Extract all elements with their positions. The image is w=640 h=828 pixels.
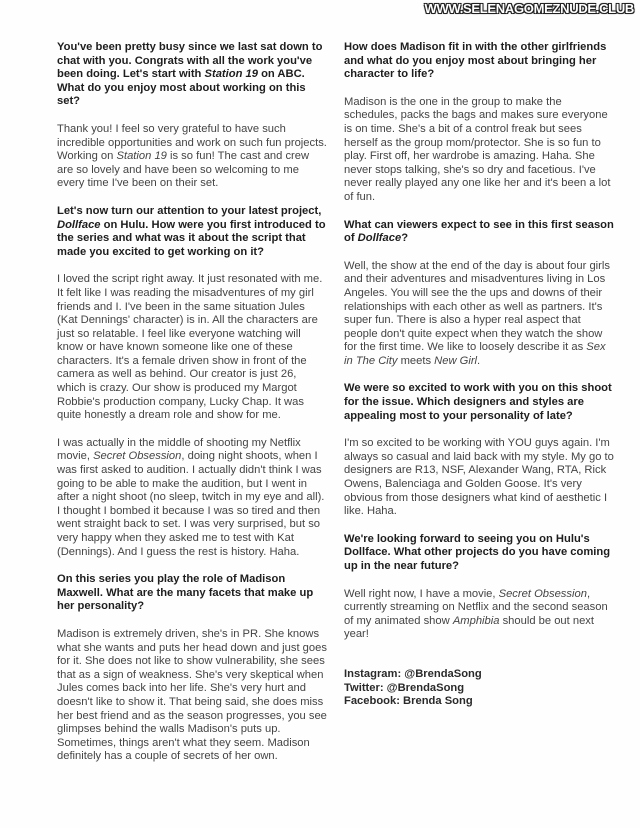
question-text: ?	[401, 232, 408, 244]
answer-script: I loved the script right away. It just r…	[57, 273, 327, 423]
instagram-handle: Instagram: @BrendaSong	[344, 668, 614, 682]
show-title: Station 19	[205, 68, 258, 80]
question-text: Let's now turn our attention to your lat…	[57, 205, 321, 217]
answer-audition: I was actually in the middle of shooting…	[57, 437, 327, 559]
answer-text: .	[477, 355, 480, 367]
right-column: How does Madison fit in with the other g…	[344, 41, 614, 709]
answer-first-season: Well, the show at the end of the day is …	[344, 260, 614, 369]
question-station-19: You've been pretty busy since we last sa…	[57, 41, 327, 109]
question-designers: We were so excited to work with you on t…	[344, 382, 614, 423]
answer-upcoming-projects: Well right now, I have a movie, Secret O…	[344, 588, 614, 642]
show-title: New Girl	[434, 355, 477, 367]
question-dollface-intro: Let's now turn our attention to your lat…	[57, 205, 327, 259]
show-title: Amphibia	[453, 615, 500, 627]
answer-text: Well right now, I have a movie,	[344, 588, 499, 600]
show-title: Dollface	[358, 232, 402, 244]
question-upcoming-projects: We're looking forward to seeing you on H…	[344, 533, 614, 574]
answer-text: Well, the show at the end of the day is …	[344, 260, 610, 354]
movie-title: Secret Obsession	[93, 450, 181, 462]
answer-station-19: Thank you! I feel so very grateful to ha…	[57, 123, 327, 191]
answer-girlfriends: Madison is the one in the group to make …	[344, 96, 614, 205]
left-column: You've been pretty busy since we last sa…	[57, 41, 327, 778]
social-handles: Instagram: @BrendaSong Twitter: @BrendaS…	[344, 668, 614, 709]
facebook-handle: Facebook: Brenda Song	[344, 695, 614, 709]
show-title: Station 19	[117, 150, 167, 162]
answer-text: meets	[397, 355, 434, 367]
question-madison-role: On this series you play the role of Madi…	[57, 573, 327, 614]
question-first-season: What can viewers expect to see in this f…	[344, 219, 614, 246]
movie-title: Secret Obsession	[499, 588, 587, 600]
answer-designers: I'm so excited to be working with YOU gu…	[344, 437, 614, 519]
watermark: WWW.SELENAGOMEZNUDE.CLUB	[425, 1, 634, 16]
answer-madison-personality: Madison is extremely driven, she's in PR…	[57, 628, 327, 764]
question-girlfriends: How does Madison fit in with the other g…	[344, 41, 614, 82]
answer-text: , doing night shoots, when I was first a…	[57, 450, 324, 557]
show-title: Dollface	[57, 219, 101, 231]
twitter-handle: Twitter: @BrendaSong	[344, 682, 614, 696]
